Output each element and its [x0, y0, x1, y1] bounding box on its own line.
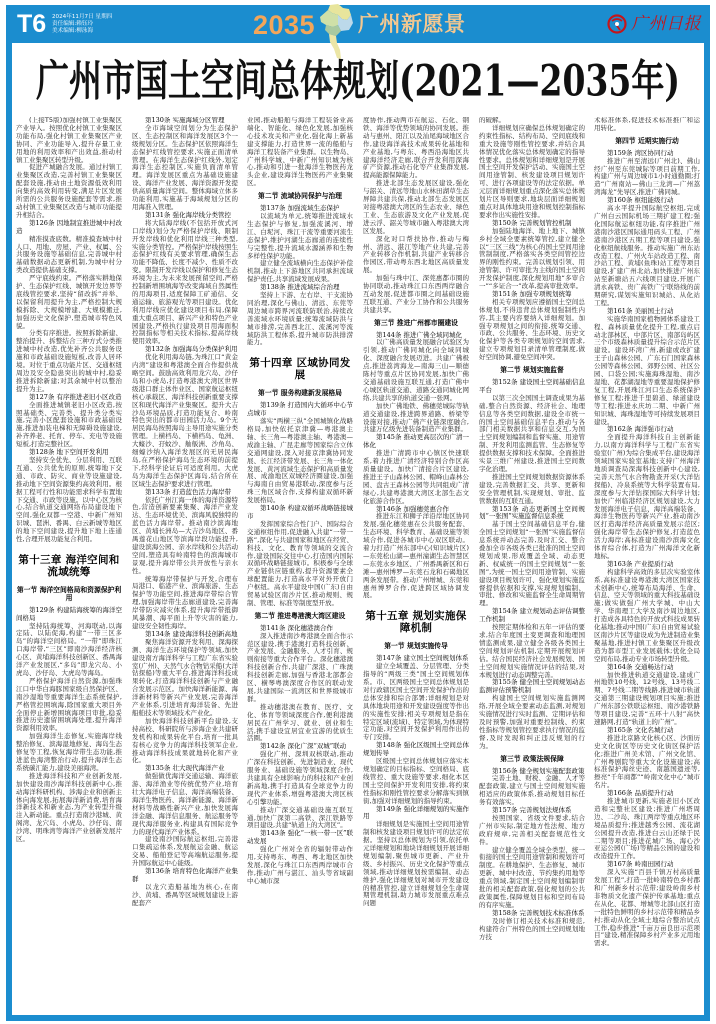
- section-heading: 第二节 流域协同保护与治理: [247, 193, 353, 201]
- paragraph: 加强海洋生态修复,实施海岸线整治修复、滨海湿地修复、海岛生态修复等工程,恢复海岸…: [16, 733, 122, 773]
- paragraph: 分类有序推进。按照拆除新建、整治提升、拆整结合三种方式分类推进城中村改造,优先补…: [16, 330, 122, 393]
- page-title: 广州市国土空间总体规划(2021—2035年): [0, 58, 716, 105]
- article-heading: 第149条 强化详细规划的实施作用: [363, 806, 469, 822]
- section-heading: 第一节 海洋空间格局和资源保护利用: [16, 587, 122, 603]
- article-heading: 第139条 打造国内大循环中心节点城市: [247, 402, 353, 418]
- paragraph: 基于国土空间基础信息平台,健全国土空间规划“一张图”实施监督信息系统并动态完善,…: [479, 521, 585, 608]
- paragraph: 以第三次全国国土调查成果为基础,整合自然资源、经济社会、地理信息等各类空间数据,…: [479, 395, 585, 474]
- paragraph: 推进北部生态发展区建设,强化与韶关、清远等地山水林田湖草生态屏障共建共保,推动北…: [363, 180, 469, 235]
- section-heading: 第三节 政策法规保障: [479, 756, 585, 764]
- editor-credit: 责任编辑:赖钰玲: [52, 21, 112, 28]
- article-heading: 第154条 建立规划动态评估调整工作机制: [479, 608, 585, 624]
- paragraph: 坚持陆海统筹、河海联动,以海定陆、以陆促海,构建“一带三区多岛”的海洋空间格局。…: [16, 623, 122, 678]
- paragraph: 发挥国家综合性门户、国际综合交通枢纽作用,促进融入共建“一带一路”,深化与共建国…: [247, 521, 353, 608]
- section-title: 广州新愿景: [358, 12, 466, 36]
- paragraph: 建立健全流域横向生态保护补偿机制,推动上下游地区共同承担流域保护责任,共享流域发…: [247, 260, 353, 284]
- chapter-heading: 第十四章 区域协同发展: [247, 357, 353, 381]
- article-heading: 第148条 强化区级国土空间总体规划传导: [363, 742, 469, 758]
- page-number: T6: [17, 11, 46, 37]
- section-heading: 第二节 规划实施监督: [479, 367, 585, 375]
- paragraph: 深入推进南沙粤港澳全面合作示范区建设,携手港澳打造科技创新、产业发展、金融服务、…: [247, 633, 353, 704]
- article-heading: 第136条 培育特色化海洋产业集群: [132, 868, 238, 884]
- paragraph: 全面提升海洋科技自主创新能力,以南方海洋科学与工程广东省实验室(广州)为综合集成…: [594, 434, 700, 561]
- chapter-heading: 第十三章 海洋空间和流域统筹: [16, 554, 122, 578]
- section-heading: 第三节 推进广州都市圈建设: [363, 320, 469, 328]
- column-6: 术标准体系,促进技术标准推广和运用转化。第四节 近期实施行动第159条 湾区协同…: [594, 117, 700, 1010]
- article-heading: 第155条 健全国土空间规划动态监测评估预警机制: [479, 679, 585, 695]
- paragraph: 深入实施“百县千镇万村高质量发展工程”,打造一批岭南特色乡村郡和广州新乡村示范带…: [594, 869, 700, 948]
- paragraph: 严格保护海洋自然资源,加强珠江口中华白海豚国家级自然保护区、南沙湿地等重要海洋生…: [16, 678, 122, 733]
- column-4: 度协作,推动两市在航运、石化、钢铁、海洋等优势领域的协同发展。推动与惠州、阳江以…: [363, 117, 469, 1010]
- paragraph: 建立健全覆盖全域全类型、统一衔接的国土空间用途管制和规划许可制度。在耕地保护、生…: [479, 847, 585, 910]
- paragraph: 聚焦海洋资源开发利用、深海探测、海洋生态环境保护等领域,加快建设南方海洋科学与工…: [132, 639, 238, 718]
- paragraph: 按照定期体检和五年一评估的要求,结合年度国土变更调查和地理国情监测成果,建立健全…: [479, 624, 585, 679]
- paragraph: 及时修订相关技术标准和规范,构建符合广州特色的国土空间规划地方技: [479, 918, 585, 942]
- paragraph: 严守底线约束。严格落实耕地保护、生态保护红线、城镇开发边界等底线管控要求,坚持“…: [16, 275, 122, 330]
- paragraph: 优化利用海岛链,为珠江口“黄金内湾”建设和粤港澳全面合作提供战略空间。鼓励高效利…: [132, 354, 238, 488]
- paragraph: 构建科学高效的多层次实验室体系,高标准建设粤港澳大湾区国家技术创新中心,统筹布局…: [594, 569, 700, 664]
- paragraph: 推进国土空间规划数据资源体系建设,完善数据汇交、共享、更新和安全管理机制,实现规…: [479, 474, 585, 506]
- paragraph: 区级国土空间总体规划应落实本规划确定的目标指标、空间格局、底线管控、重大设施等要…: [363, 758, 469, 805]
- paragraph: 统筹海岸带保护与开发,合理布局港口、临港产业、滨海旅游、生态保护等功能空间,推进…: [132, 576, 238, 631]
- paragraph: 推进海洋科技和产业创新发展,加快建设南沙海洋科技创新中心,推动海洋科研机构、涉海…: [16, 773, 122, 844]
- paragraph: 深化对口帮扶协作,推动与梅州、清远、湛江等地产业共建,完善产业转移合作机制,共建…: [363, 236, 469, 276]
- article-heading: 第126条 因地制宜推进城中村改造: [16, 220, 122, 236]
- paragraph: 以龙穴造船基地为核心,在南沙、黄埔、番禺等区域规划建设上游配套产: [132, 884, 238, 908]
- paragraph: 加快广佛地铁、佛穗莞城际等轨道交通建设,推进跨界道路、桥梁等设施对接,推动广佛产…: [363, 403, 469, 435]
- paragraph: 强化广州对全省的辐射带动作用,支持粤东、粤西、粤北地区加快发展,深化与珠江口东西…: [247, 846, 353, 886]
- paragraph: 推进广清跨市中心镇区快速联系,着力推进广清经济特别合作区高质量建设。加快广清接合…: [363, 450, 469, 505]
- paragraph: 推进东江和狮子洋沿岸地区协同发展,强化穗莞惠在公共服务配套、生态环境、科学教育、…: [363, 513, 469, 600]
- paragraph: 全市海域空间划分为生态保护区、生态控制区和海洋发展区3个一级规划分区。生态保护区…: [132, 125, 238, 212]
- page-meta: 2024年11月7日 星期四 责任编辑:赖钰玲 美术编辑:柳泳海: [52, 14, 112, 35]
- year-badge: 2035: [253, 11, 315, 39]
- paragraph: 以流域为单元,统筹推进流域水生态保护与修复,加强流溪河、增江、白坭河、珠江干流等…: [247, 213, 353, 260]
- paragraph-continued: 度协作,推动两市在航运、石化、钢铁、海洋等优势领域的协同发展。推动与惠州、阳江以…: [363, 117, 469, 180]
- paragraph: 以广佛高质量发展融合试验区为引领,推动广佛同城化向全域同城化、深度融合发展迈进。…: [363, 339, 469, 402]
- issue-date: 2024年11月7日 星期四: [52, 14, 112, 21]
- paragraph: 全面推进城镇老旧小区改造,按照基础类、完善类、提升类分类实施,完善小区配套设施和…: [16, 402, 122, 449]
- paragraph: 做强做优海洋交通运输、海洋旅游、海洋渔业等传统优势产业,培育壮大海洋电子信息、海…: [132, 773, 238, 836]
- column-1: (上接T5版)加强村镇工业集聚区产业导入。按照优化村镇工业集聚区功能布局,强化村…: [16, 117, 122, 1010]
- article-heading: 第153条 动态更新国土空间规划“一张图”实施监督信息系统: [479, 506, 585, 522]
- article-heading: 第143条 强化“一核一带一区”联动发展: [247, 830, 353, 846]
- paragraph: 推进北京路文化核心区、沙面历史文化街区等历史文化街区保护活化;推进广州美术馆、广…: [594, 735, 700, 790]
- article-heading: 第129条 构建陆海统筹的海洋空间格局: [16, 607, 122, 623]
- paragraph: 相关专项规划应遵循国土空间总体规划,不得违背总体规划强制性内容,其主要内容要纳入…: [479, 299, 585, 362]
- section-heading: 第四节 近期实施行动: [594, 138, 700, 146]
- article-heading: 第152条 建设国土空间基础信息平台: [479, 379, 585, 395]
- paragraph: 加快推进轨道交通建设,建成广州地铁10号线、12号线、13号线二期、7号线二期等…: [594, 672, 700, 727]
- paragraph: 推动穗港澳在教育、医疗、文化、体育等领域深度合作,便利港澳居民在广州学习、就业、…: [247, 704, 353, 744]
- paragraph: 构建国土空间规划实施监测网络,开展全域全要素动态监测,对规划实施情况进行实时监测…: [479, 695, 585, 750]
- masthead-logo: 广州日报: [606, 11, 701, 37]
- section-heading: 第一节 服务构建新发展格局: [247, 390, 353, 398]
- chapter-heading: 第十五章 规划实施保障机制: [363, 610, 469, 634]
- paragraph: 高水平提升国际航空枢纽,完成广州白云国际机场三期扩建工程;强化国际航运枢纽功能,…: [594, 205, 700, 308]
- paragraph: 推动广深交通基础设施互联互通,加快广深第二高铁、深江铁路等项目建设,共建“轨道上…: [247, 807, 353, 831]
- paragraph: 建设南沙国际航运枢纽,完善港口集疏运体系,发展航运金融、航运交易、船舶登记等高端…: [132, 836, 238, 868]
- paragraph: 推进广州至清远(广州北)、佛山经广州至东莞城际等项目前期工作,构建广州与周边城市…: [594, 158, 700, 198]
- paragraph: (上接T5版)加强村镇工业集聚区产业导入。按照优化村镇工业集聚区功能布局,强化村…: [16, 117, 122, 164]
- guangzhou-map-icon: [316, 3, 354, 61]
- paragraph: 将大陆海岸线(不包括开放式河口岸线)划分为严格保护岸线、限制开发岸线和优化利用岸…: [132, 220, 238, 347]
- article-heading: 第140条 构建双循环战略链接城市: [247, 505, 353, 521]
- column-3: 业园,推动船舶与海洋工程装备业高端化、智能化、绿色化发展,加强核心技术攻关和产业…: [247, 117, 353, 1010]
- paragraph: 坚持上下游、左右岸、干支流协同治理,深化与佛山、清远、东莞等周边城市跨界河流联防…: [247, 292, 353, 347]
- paragraph: 详细规划应确保总体规划确定的约束性指标、结构布局、空间底线和重大设施等刚性管控要…: [479, 125, 585, 220]
- paragraph: 建立全域覆盖、分层管理、分类指导的“两级三类”国土空间规划体系。市、区两级国土空…: [363, 663, 469, 742]
- section-heading: 第一节 规划实施传导: [363, 643, 469, 651]
- paragraph: 依托广州江海一体的海洋资源特色,营造创新要素集聚、海洋产业发达、生态环境优美、滨…: [132, 497, 238, 576]
- paragraph: 加强陆地海洋、地上地下、城镇乡村全域全要素统筹管控,建立健全以“三区三线”为核心…: [479, 228, 585, 291]
- article-heading: 第145条 推动更高层次的广清一体化: [363, 434, 469, 450]
- paragraph: 加快海洋科技创新平台建设,支持高校、科研院所与涉海企业共建研发机构和成果转化平台…: [132, 718, 238, 765]
- paragraph: 促进产城融合发展。通过村镇工业集聚区改造,完善村镇工业集聚区配套设施,推动由土地…: [16, 164, 122, 219]
- guangzhou-daily-logo-icon: [606, 13, 628, 35]
- paragraph-continued: 术标准体系,促进技术标准推广和运用转化。: [594, 117, 700, 133]
- paragraph: 按照国家、省级文件要求,结合广州市实际,制定地方性法规、地方政府规章,完善相关配…: [479, 815, 585, 847]
- paragraph: 强化广州、深圳双核联动,推动广深在科技创新、先进制造业、现代服务业、基础设施等领…: [247, 751, 353, 806]
- paragraph: 加强与珠中江、深莞惠都市圈的协同联动,推动珠江口东西两岸融合互动发展,促进都市圈…: [363, 275, 469, 315]
- paragraph: 实施华南国家植物园体系建设工程、森林质量优化提升工程,重点启动北部林区、中部片区…: [594, 316, 700, 427]
- section-heading: 第二节 推进粤港澳大湾区建设: [247, 613, 353, 621]
- paragraph-continued: 业园,推动船舶与海洋工程装备业高端化、智能化、绿色化发展,加强核心技术攻关和产业…: [247, 117, 353, 188]
- paragraph: 精准摸查底数。精准摸查城中村人口、用地、房屋、产业、权属、公共服务设施等基础信息…: [16, 236, 122, 276]
- paragraph: 推进城市更新,实施老旧小区改造和完整社区建设;推进广州塔周边、二沙岛、珠江两岸等…: [594, 798, 700, 861]
- paragraph: 坚持安全优先、分层利用、互联互通、公共优先的原则,统筹地下交通、市政、防灾、商业…: [16, 457, 122, 544]
- page-header: T6 2024年11月7日 星期四 责任编辑:赖钰玲 美术编辑:柳泳海 2035…: [6, 5, 710, 43]
- paragraph: 完善土地、财税、金融、人才等配套政策,建立与国土空间规划实施相适应的政策体系,推…: [479, 775, 585, 807]
- masthead-name: 广州日报: [631, 14, 701, 34]
- paragraph: 详细规划是实施国土空间用途管制和核发建设项目规划许可的法定依据。坚持以总体规划为…: [363, 821, 469, 908]
- art-editor-credit: 美术编辑:柳泳海: [52, 28, 112, 35]
- column-2: 第130条 实施海域分区管理全市海域空间划分为生态保护区、生态控制区和海洋发展区…: [132, 117, 238, 1010]
- column-5: 的破解。详细规划应确保总体规划确定的约束性指标、结构布局、空间底线和重大设施等刚…: [479, 117, 585, 1010]
- paragraph: 落实“两横三纵”全国城镇化战略格局,加快依托京津冀—粤港澳主轴、长三角—粤港澳主…: [247, 418, 353, 505]
